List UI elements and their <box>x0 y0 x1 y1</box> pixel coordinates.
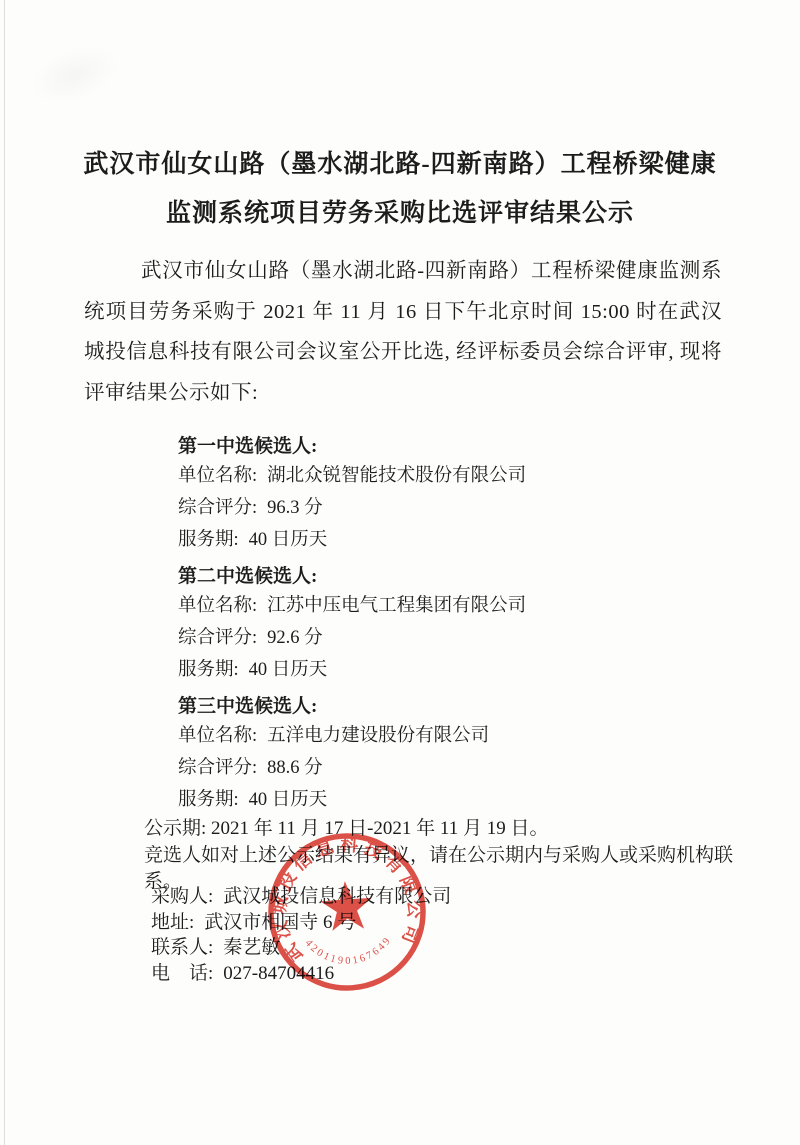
candidate-3-rank-header: 第三中选候选人: <box>178 693 658 720</box>
address-line: 地址:武汉市相国寺 6 号 <box>151 910 451 936</box>
candidates-section: 第一中选候选人: 单位名称:湖北众锐智能技术股份有限公司 综合评分:96.3 分… <box>178 433 658 823</box>
scan-edge-artifact <box>4 0 5 1145</box>
candidate-3-company-line: 单位名称:五洋电力建设股份有限公司 <box>178 720 658 752</box>
candidate-block-1: 第一中选候选人: 单位名称:湖北众锐智能技术股份有限公司 综合评分:96.3 分… <box>178 433 658 556</box>
candidate-3-period-label: 服务期: <box>178 790 239 810</box>
purchaser-value: 武汉城投信息科技有限公司 <box>223 886 451 907</box>
candidate-1-score-label: 综合评分: <box>178 498 257 518</box>
candidate-1-rank-header: 第一中选候选人: <box>178 433 658 460</box>
contact-section: 采购人:武汉城投信息科技有限公司 地址:武汉市相国寺 6 号 联系人:秦艺敏 电… <box>151 884 451 986</box>
candidate-2-period-value: 40 日历天 <box>249 660 328 680</box>
candidate-2-rank-header: 第二中选候选人: <box>178 563 658 590</box>
candidate-2-company-name: 江苏中压电气工程集团有限公司 <box>267 596 526 616</box>
title-line-2: 监测系统项目劳务采购比选评审结果公示 <box>60 189 740 238</box>
contact-person-value: 秦艺敏 <box>223 937 280 958</box>
contact-person-line: 联系人:秦艺敏 <box>151 935 451 961</box>
candidate-3-company-label: 单位名称: <box>178 726 257 746</box>
candidate-3-company-name: 五洋电力建设股份有限公司 <box>267 726 489 746</box>
candidate-1-period-label: 服务期: <box>178 530 239 550</box>
candidate-2-score-line: 综合评分:92.6 分 <box>178 622 658 654</box>
candidate-1-company-line: 单位名称:湖北众锐智能技术股份有限公司 <box>178 460 658 492</box>
document-title: 武汉市仙女山路（墨水湖北路-四新南路）工程桥梁健康 监测系统项目劳务采购比选评审… <box>60 140 740 238</box>
scanned-document-page: 武汉市仙女山路（墨水湖北路-四新南路）工程桥梁健康 监测系统项目劳务采购比选评审… <box>0 0 800 1145</box>
candidate-1-company-label: 单位名称: <box>178 466 257 486</box>
phone-value: 027-84704416 <box>223 963 334 984</box>
phone-line: 电 话:027-84704416 <box>151 961 451 987</box>
candidate-1-company-name: 湖北众锐智能技术股份有限公司 <box>267 466 526 486</box>
candidate-2-score-value: 92.6 分 <box>267 628 323 648</box>
candidate-block-3: 第三中选候选人: 单位名称:五洋电力建设股份有限公司 综合评分:88.6 分 服… <box>178 693 658 816</box>
candidate-2-company-line: 单位名称:江苏中压电气工程集团有限公司 <box>178 590 658 622</box>
candidate-3-score-label: 综合评分: <box>178 758 257 778</box>
candidate-3-score-line: 综合评分:88.6 分 <box>178 752 658 784</box>
phone-label: 电 话: <box>151 963 213 984</box>
candidate-1-score-value: 96.3 分 <box>267 498 323 518</box>
candidate-3-period-line: 服务期:40 日历天 <box>178 784 658 816</box>
candidate-1-period-line: 服务期:40 日历天 <box>178 524 658 556</box>
candidate-block-2: 第二中选候选人: 单位名称:江苏中压电气工程集团有限公司 综合评分:92.6 分… <box>178 563 658 686</box>
candidate-1-score-line: 综合评分:96.3 分 <box>178 492 658 524</box>
address-label: 地址: <box>151 912 194 933</box>
candidate-3-score-value: 88.6 分 <box>267 758 323 778</box>
contact-person-label: 联系人: <box>151 937 213 958</box>
candidate-2-period-line: 服务期:40 日历天 <box>178 654 658 686</box>
scan-smudge-artifact <box>24 36 126 114</box>
title-line-1: 武汉市仙女山路（墨水湖北路-四新南路）工程桥梁健康 <box>60 140 740 189</box>
publicity-period-line: 公示期: 2021 年 11 月 17 日-2021 年 11 月 19 日。 <box>144 816 764 843</box>
purchaser-line: 采购人:武汉城投信息科技有限公司 <box>151 884 451 910</box>
candidate-1-period-value: 40 日历天 <box>249 530 328 550</box>
candidate-3-period-value: 40 日历天 <box>249 790 328 810</box>
purchaser-label: 采购人: <box>151 886 213 907</box>
candidate-2-score-label: 综合评分: <box>178 628 257 648</box>
candidate-2-company-label: 单位名称: <box>178 596 257 616</box>
candidate-2-period-label: 服务期: <box>178 660 239 680</box>
intro-paragraph: 武汉市仙女山路（墨水湖北路-四新南路）工程桥梁健康监测系统项目劳务采购于 202… <box>84 251 722 413</box>
address-value: 武汉市相国寺 6 号 <box>204 912 356 933</box>
